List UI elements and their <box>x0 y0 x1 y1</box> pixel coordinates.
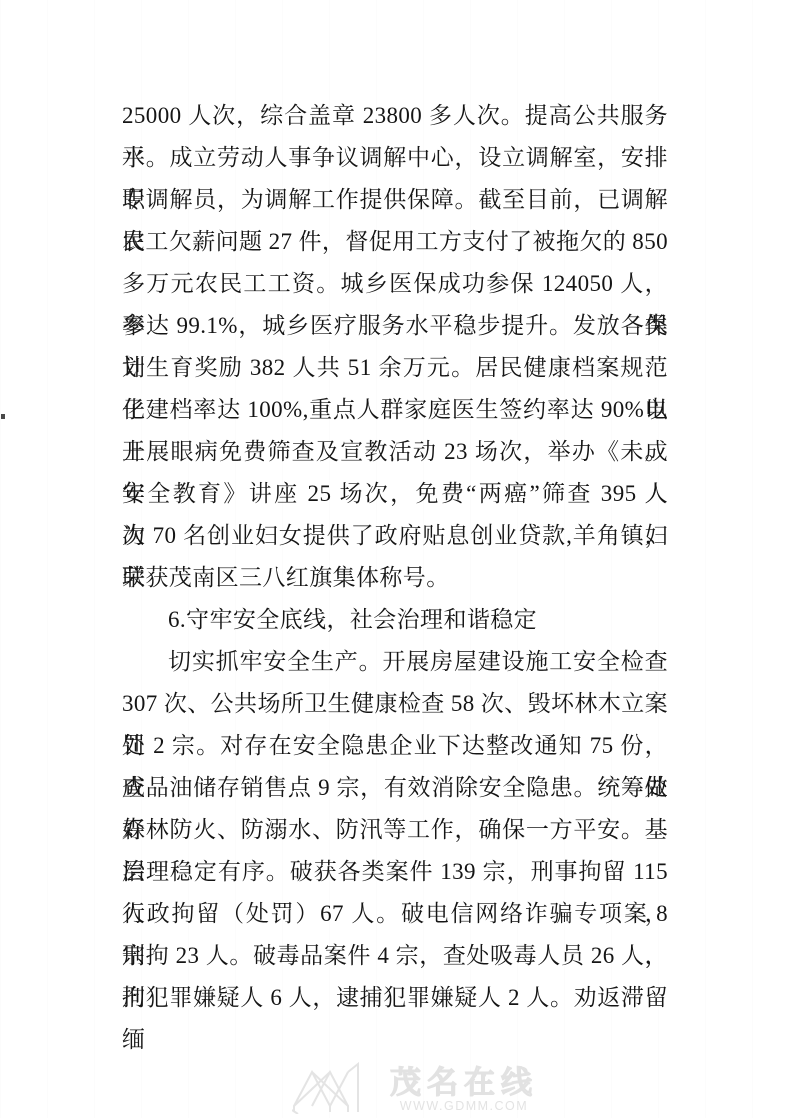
text-line: 职调解员，为调解工作提供保障。截至目前，已调解农 <box>122 179 668 221</box>
text-line: 民工欠薪问题 27 件，督促用工方支付了被拖欠的 850 <box>122 221 668 263</box>
text-line: 安全教育》讲座 25 场次，免费“两癌”筛查 395 人次， <box>122 473 668 515</box>
text-line: 刑拘 23 人。破毒品案件 4 宗，查处吸毒人员 26 人，刑 <box>122 935 668 977</box>
text-line: 森林防火、防溺水、防汛等工作，确保一方平安。基层 <box>122 809 668 851</box>
text-line: 多万元农民工工资。城乡医保成功参保 124050 人，参保 <box>122 263 668 305</box>
document-body: 25000 人次，综合盖章 23800 多人次。提高公共服务水 平。成立劳动人事… <box>122 95 668 1019</box>
watermark-text: 茂名在线 WWW.GDMM.COM <box>390 1068 538 1114</box>
text-line: 307 次、公共场所卫生健康检查 58 次、毁坏林木立案处 <box>122 683 668 725</box>
site-watermark: 茂名在线 WWW.GDMM.COM <box>292 1062 538 1114</box>
text-line: 荣获茂南区三八红旗集体称号。 <box>122 557 668 599</box>
scan-speck-icon <box>1 414 5 419</box>
text-line: 率达 99.1%，城乡医疗服务水平稳步提升。发放各类计 <box>122 305 668 347</box>
text-line: 平。成立劳动人事争议调解中心，设立调解室，安排专 <box>122 137 668 179</box>
text-line: 成品油储存销售点 9 宗，有效消除安全隐患。统筹做好 <box>122 767 668 809</box>
document-page: 25000 人次，综合盖章 23800 多人次。提高公共服务水 平。成立劳动人事… <box>0 0 790 1118</box>
text-line: 为 70 名创业妇女提供了政府贴息创业贷款,羊角镇妇联 <box>122 515 668 557</box>
watermark-site-name: 茂名在线 <box>390 1068 538 1098</box>
text-line: 开展眼病免费筛查及宣教活动 23 场次，举办《未成年人 <box>122 431 668 473</box>
text-line: 行政拘留（处罚）67 人。破电信网络诈骗专项案 8 宗， <box>122 893 668 935</box>
text-line: 切实抓牢安全生产。开展房屋建设施工安全检查 <box>122 641 668 683</box>
watermark-logo-icon <box>292 1062 378 1114</box>
text-line: 划生育奖励 382 人共 51 余万元。居民健康档案规范化电 <box>122 347 668 389</box>
text-line: 子建档率达 100%,重点人群家庭医生签约率达 90%以上。 <box>122 389 668 431</box>
text-line: 25000 人次，综合盖章 23800 多人次。提高公共服务水 <box>122 95 668 137</box>
text-line: 罚 2 宗。对存在安全隐患企业下达整改通知 75 份，查处 <box>122 725 668 767</box>
section-heading: 6.守牢安全底线，社会治理和谐稳定 <box>122 599 668 641</box>
watermark-site-url: WWW.GDMM.COM <box>400 1098 528 1114</box>
text-line: 拘犯罪嫌疑人 6 人，逮捕犯罪嫌疑人 2 人。劝返滞留缅 <box>122 977 668 1019</box>
text-line: 治理稳定有序。破获各类案件 139 宗，刑事拘留 115 人， <box>122 851 668 893</box>
